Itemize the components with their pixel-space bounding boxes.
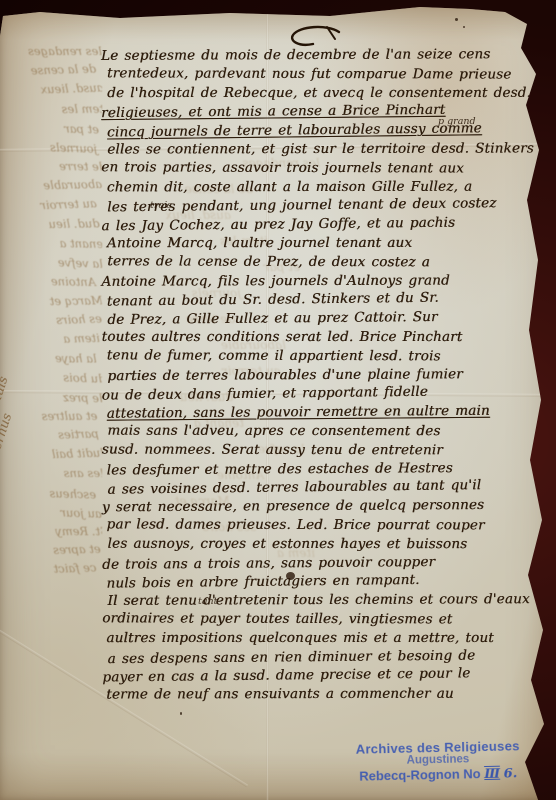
showthrough-line: item les — [4, 99, 102, 119]
archive-stamp: Archives des Religieuses Augustines Rebe… — [338, 738, 539, 785]
showthrough-line: ausd. lieux — [0, 79, 102, 101]
manuscript-photo: les rendagesde la censeausd. lieuxitem l… — [0, 0, 556, 800]
manuscript-line: y serat necessaire, en presence de quelc… — [102, 496, 544, 517]
manuscript-line: terme de neuf ans ensuivants a commenche… — [106, 685, 548, 705]
interlinear-insertion: p grand — [438, 116, 476, 127]
showthrough-line: les rendages — [0, 42, 102, 61]
manuscript-line: attestation, sans les pouvoir remettre e… — [107, 401, 549, 423]
ink-speck — [455, 18, 458, 21]
manuscript-line: ordinaires et payer toutes tailles, ving… — [102, 609, 544, 629]
interlinear-insertion: trois — [150, 200, 172, 211]
manuscript-line: aultres impositions quelconques mis et a… — [106, 629, 548, 648]
manuscript-line: toutes aultres conditions serat led. Bri… — [102, 328, 544, 347]
manuscript-line: tenu de fumer, comme il appartient lesd.… — [107, 346, 549, 366]
manuscript-line: mais sans l'adveu, apres ce consentement… — [107, 422, 549, 441]
manuscript-line: terres de la cense de Prez, de deux cost… — [107, 252, 549, 272]
manuscript-line: en trois parties, assavoir trois journel… — [101, 158, 543, 178]
stamp-handwritten-roman-numeral: Ⅲ — [484, 767, 500, 782]
manuscript-line: susd. nommees. Serat aussy tenu de entre… — [102, 440, 544, 460]
paper-sheet: les rendagesde la censeausd. lieuxitem l… — [0, 0, 556, 800]
manuscript-line: trentedeux, pardevant nous fut comparue … — [107, 64, 549, 84]
manuscript-line: par lesd. dames prieuses. Led. Brice pou… — [106, 515, 548, 535]
manuscript-line: elles se contiennent, et gist sur le ter… — [107, 139, 549, 159]
manuscript-line: de Prez, a Gille Fullez et au prez Catto… — [107, 307, 549, 330]
interlinear-insertion: tant — [198, 596, 217, 607]
stamp-handwritten-number: 6. — [504, 766, 518, 781]
manuscript-line: les ausnoys, croyes et estonnes hayes et… — [107, 534, 549, 553]
ink-speck — [180, 712, 182, 715]
manuscript-line: Antoine Marcq, l'aultre journel tenant a… — [107, 234, 549, 253]
stamp-number-line: Rebecq-Rognon No Ⅲ 6. — [338, 765, 538, 785]
ink-blot — [286, 572, 295, 580]
manuscript-line: a les Jay Cochez, au prez Jay Goffe, et … — [101, 213, 543, 236]
ink-speck — [463, 26, 465, 28]
manuscript-line: Il serat tenu d'entretenir tous les chem… — [107, 590, 549, 611]
manuscript-text-block: Le septiesme du mois de decembre de l'an… — [101, 46, 543, 704]
manuscript-line: Le septiesme du mois de decembre de l'an… — [101, 45, 543, 66]
stamp-number-label: Rebecq-Rognon No — [359, 766, 481, 784]
